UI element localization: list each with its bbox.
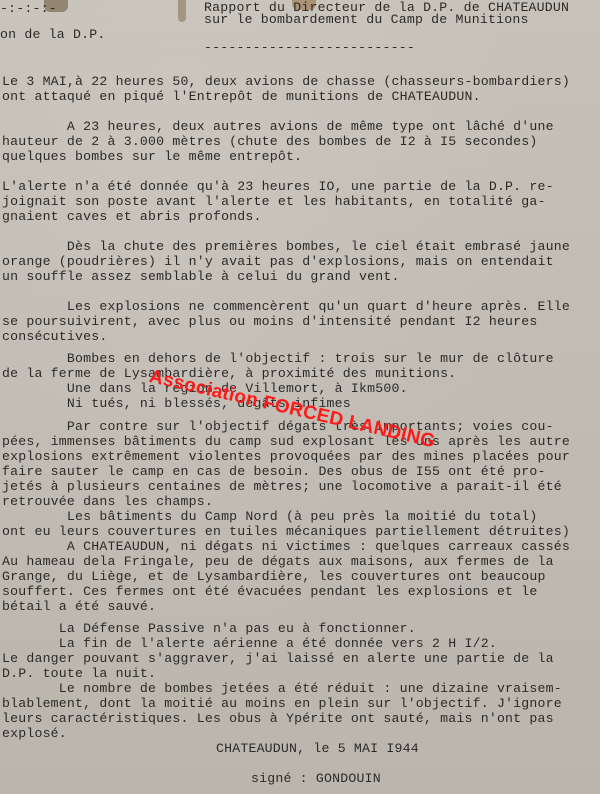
place-date: CHATEAUDUN, le 5 MAI I944 — [216, 742, 419, 756]
body-line: se poursuivirent, avec plus ou moins d'i… — [2, 315, 538, 329]
body-line: de la ferme de Lysambardière, à proximit… — [2, 367, 456, 381]
signature: signé : GONDOUIN — [251, 772, 381, 786]
body-line: souffert. Ces fermes ont été évacuées pe… — [2, 585, 538, 599]
body-line: consécutives. — [2, 330, 107, 344]
body-line: Grange, du Liège, et de Lysambardière, l… — [2, 570, 546, 584]
body-line: faire sauter le camp en cas de besoin. D… — [2, 465, 546, 479]
body-line: Dès la chute des premières bombes, le ci… — [2, 240, 570, 254]
body-line: jetés à plusieurs centaines de mètres; u… — [2, 480, 562, 494]
body-line: pées, immenses bâtiments du camp sud exp… — [2, 435, 570, 449]
body-line: La fin de l'alerte aérienne a été donnée… — [2, 637, 497, 651]
body-line: ont eu leurs couvertures en tuiles mécan… — [2, 525, 570, 539]
body-line: joignait son poste avant l'alerte et les… — [2, 195, 546, 209]
header-rule-left: -:-:-:- — [0, 2, 57, 16]
body-line: hauteur de 2 à 3.000 mètres (chute des b… — [2, 135, 538, 149]
body-line: Par contre sur l'objectif dégats très im… — [2, 420, 554, 434]
body-line: leurs caractéristiques. Les obus à Ypéri… — [2, 712, 554, 726]
body-line: Le nombre de bombes jetées a été réduit … — [2, 682, 562, 696]
body-line: ont attaqué en piqué l'Entrepôt de munit… — [2, 90, 481, 104]
body-line: Les bâtiments du Camp Nord (à peu près l… — [2, 510, 538, 524]
body-line: A CHATEAUDUN, ni dégats ni victimes : qu… — [2, 540, 570, 554]
body-line: explosé. — [2, 727, 67, 741]
body-line: La Défense Passive n'a pas eu à fonction… — [2, 622, 416, 636]
body-line: Les explosions ne commencèrent qu'un qua… — [2, 300, 570, 314]
body-line: blablement, dont la moitié au moins en p… — [2, 697, 562, 711]
body-line: L'alerte n'a été donnée qu'à 23 heures I… — [2, 180, 554, 194]
body-line: gnaient caves et abris profonds. — [2, 210, 262, 224]
body-line: un souffle assez semblable à celui du gr… — [2, 270, 400, 284]
body-line: Le 3 MAI,à 22 heures 50, deux avions de … — [2, 75, 570, 89]
document-page: -:-:-:- on de la D.P. Rapport du Directe… — [0, 0, 600, 794]
body-line: quelques bombes sur le même entrepôt. — [2, 150, 302, 164]
body-line: Au hameau dela Fringale, peu de dégats a… — [2, 555, 554, 569]
title-underline: -------------------------- — [204, 41, 415, 55]
body-line: orange (poudrières) il n'y avait pas d'e… — [2, 255, 554, 269]
body-line: A 23 heures, deux autres avions de même … — [2, 120, 554, 134]
header-service: on de la D.P. — [0, 28, 105, 42]
body-line: retrouvée dans les champs. — [2, 495, 213, 509]
body-line: Le danger pouvant s'aggraver, j'ai laiss… — [2, 652, 554, 666]
body-line: bétail a été sauvé. — [2, 600, 156, 614]
body-line: Bombes en dehors de l'objectif : trois s… — [2, 352, 554, 366]
paper-tear — [178, 0, 186, 22]
body-line: D.P. toute la nuit. — [2, 667, 156, 681]
body-line: explosions extrêmement violentes provoqu… — [2, 450, 570, 464]
report-title-line2: sur le bombardement du Camp de Munitions — [204, 13, 529, 27]
